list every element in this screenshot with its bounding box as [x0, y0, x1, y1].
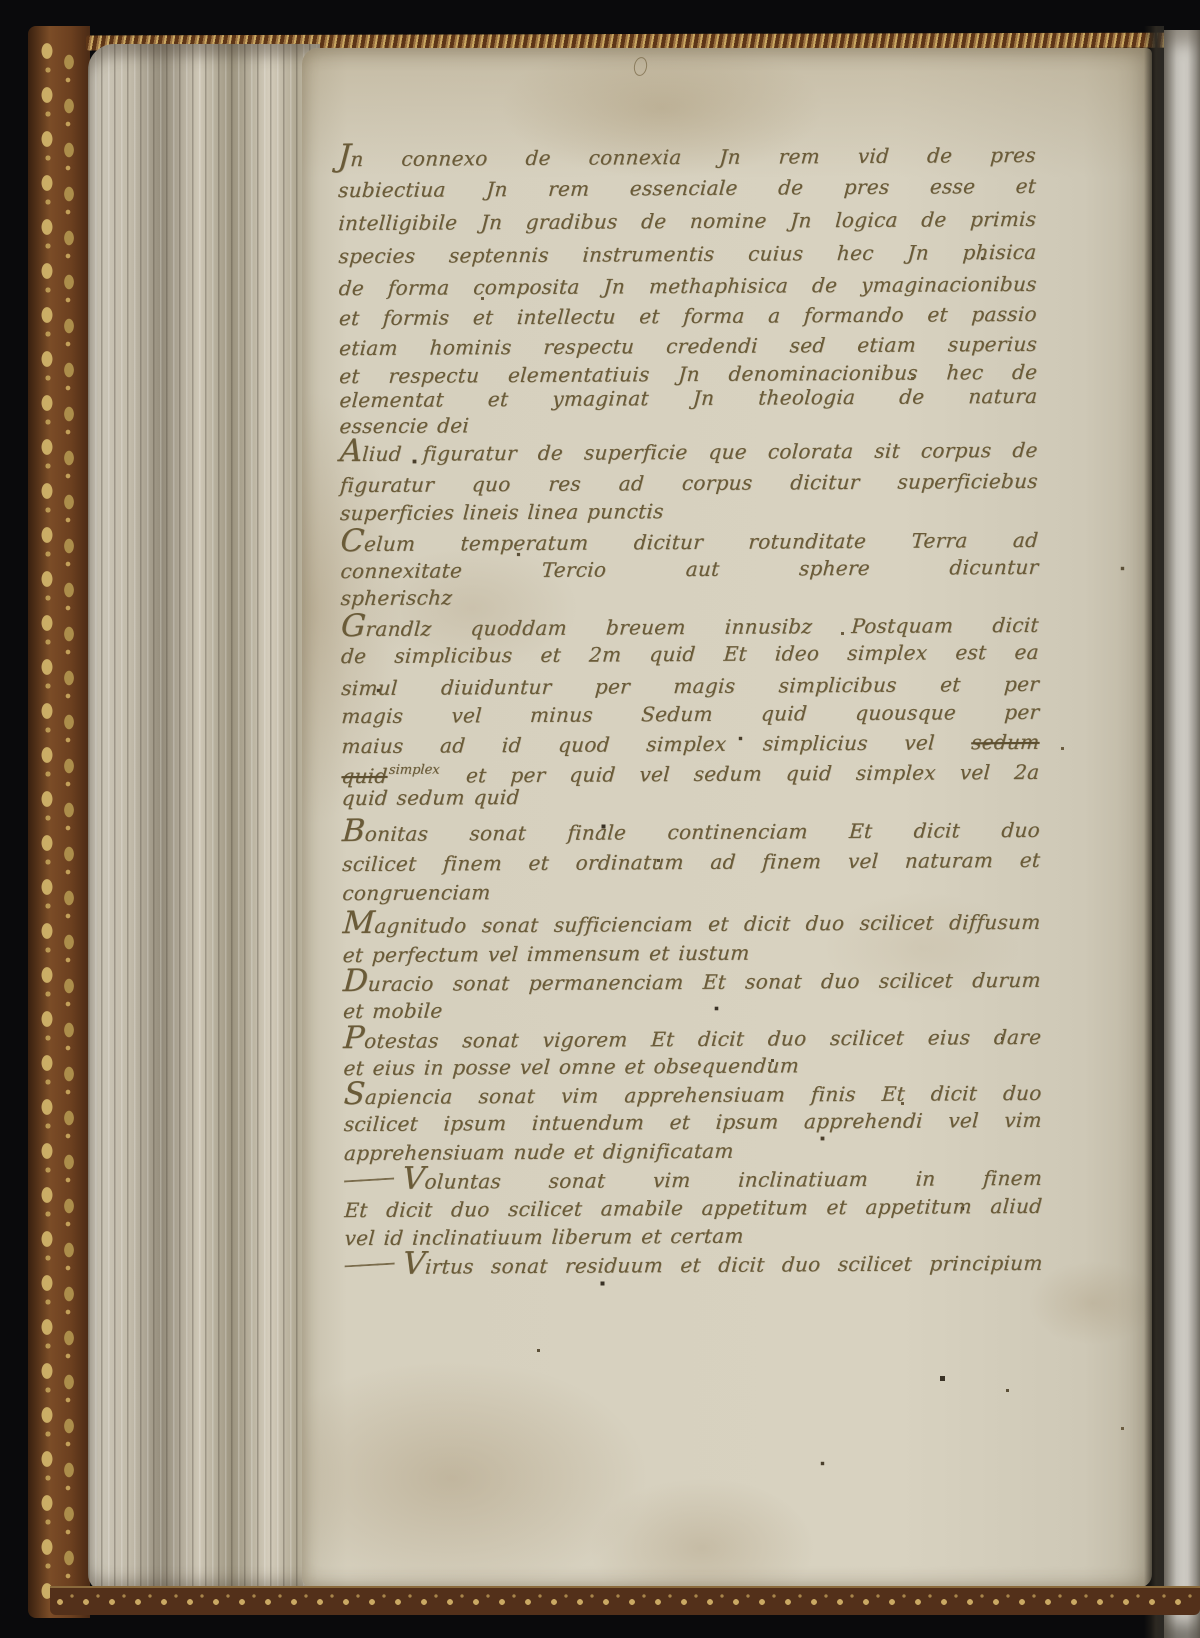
manuscript-line: superficies lineis linea punctis [339, 497, 1039, 525]
manuscript-line: scilicet ipsum intuendum et ipsum appreh… [343, 1108, 1043, 1138]
manuscript-line: intelligibile Jn gradibus de nomine Jn l… [338, 207, 1038, 237]
manuscript-line: connexitate Tercio aut sphere dicuntur [340, 555, 1040, 585]
manuscript-line: scilicet finem et ordinatum ad finem vel… [341, 848, 1041, 878]
gutter-shadow [1144, 26, 1164, 1638]
pen-flourish [345, 1262, 395, 1275]
manuscript-line: et eius in posse vel omne et obsequendum [343, 1052, 1043, 1080]
page-edge-stack [88, 44, 320, 1592]
manuscript-line: Aliud figuratur de superficie que colora… [339, 437, 1039, 467]
pen-flourish [344, 1177, 394, 1190]
gilt-bottom-edge [50, 1586, 1200, 1615]
manuscript-line: Magnitudo sonat sufficienciam et dicit d… [342, 909, 1042, 939]
manuscript-line: et formis et intellectu et forma a forma… [338, 302, 1038, 332]
manuscript-line: Bonitas sonat finale continenciam Et dic… [341, 817, 1041, 847]
manuscript-line: etiam hominis respectu credendi sed etia… [338, 332, 1038, 362]
paper-speckles [302, 48, 303, 49]
manuscript-line: vel id inclinatiuum liberum et certam [344, 1222, 1044, 1250]
manuscript-line: spherischz [340, 582, 1040, 610]
manuscript-line: species septennis instrumentis cuius hec… [338, 240, 1038, 270]
manuscript-line: et mobile [342, 995, 1042, 1023]
manuscript-line: quid sedum quid [341, 782, 1041, 810]
manuscript-line: apprehensiuam nude et dignificatam [343, 1137, 1043, 1165]
manuscript-line: et perfectum vel immensum et iustum [342, 939, 1042, 967]
manuscript-line: Grandlz quoddam breuem innusibz Postquam… [340, 612, 1040, 642]
manuscript-line: essencie dei [339, 410, 1039, 438]
handwritten-text-block: Jn connexo de connexia Jn rem vid de pre… [337, 46, 1044, 1590]
manuscript-line: Sapiencia sonat vim apprehensiuam finis … [343, 1080, 1043, 1110]
manuscript-line: magis vel minus Sedum quid quousque per [341, 700, 1041, 730]
manuscript-line: Virtus sonat residuum et dicit duo scili… [344, 1250, 1044, 1280]
gold-tooling-ornament [35, 42, 81, 1602]
manuscript-line: simul diuiduntur per magis simplicibus e… [340, 672, 1040, 702]
manuscript-line: Jn connexo de connexia Jn rem vid de pre… [337, 142, 1037, 172]
manuscript-line: figuratur quo res ad corpus dicitur supe… [339, 469, 1039, 499]
manuscript-page: 0 Jn connexo de connexia Jn rem vid de p… [302, 48, 1152, 1588]
manuscript-line: de forma composita Jn methaphisica de ym… [338, 272, 1038, 302]
manuscript-line: congruenciam [342, 877, 1042, 905]
manuscript-line: Voluntas sonat vim inclinatiuam in finem [343, 1165, 1043, 1195]
manuscript-line: de simplicibus et 2m quid Et ideo simple… [340, 640, 1040, 670]
manuscript-line: Potestas sonat vigorem Et dicit duo scil… [343, 1024, 1043, 1054]
manuscript-line: Duracio sonat permanenciam Et sonat duo … [342, 967, 1042, 997]
manuscript-photograph: 0 Jn connexo de connexia Jn rem vid de p… [0, 0, 1200, 1638]
manuscript-line: Celum temperatum dicitur rotunditate Ter… [339, 527, 1039, 557]
manuscript-line: Et dicit duo scilicet amabile appetitum … [344, 1194, 1044, 1224]
manuscript-line: quidsimplex et per quid vel sedum quid s… [341, 755, 1041, 785]
leather-cover-edge [28, 26, 90, 1618]
facing-page-sliver [1164, 30, 1200, 1638]
manuscript-line: subiectiua Jn rem essenciale de pres ess… [337, 174, 1037, 204]
